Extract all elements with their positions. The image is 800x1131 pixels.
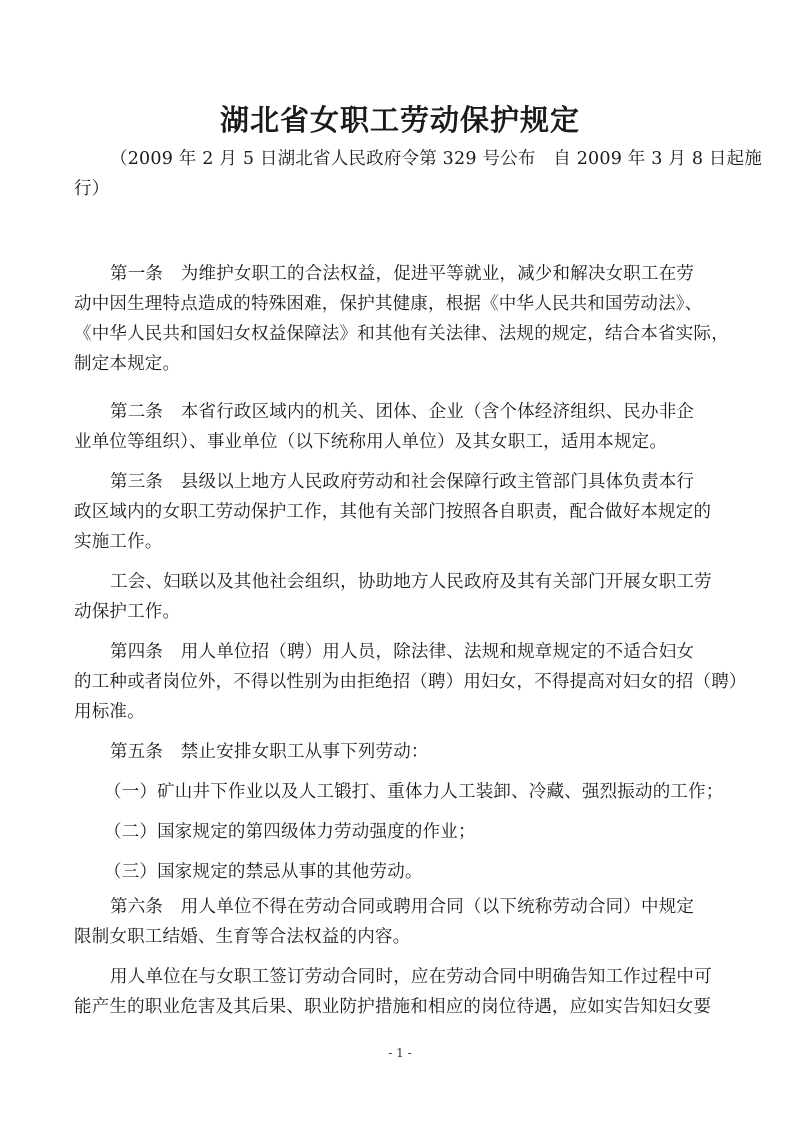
article-3-line: 政区域内的女职工劳动保护工作，其他有关部门按照各自职责，配合做好本规定的 (74, 500, 734, 524)
article-4-line: 的工种或者岗位外，不得以性别为由拒绝招（聘）用妇女，不得提高对妇女的招（聘） (74, 670, 734, 694)
article-6-para-2-line: 能产生的职业危害及其后果、职业防护措施和相应的岗位待遇，应如实告知妇女要 (74, 995, 734, 1019)
article-1-line: 第一条 为维护女职工的合法权益，促进平等就业，减少和解决女职工在劳 (110, 262, 770, 286)
article-6-line: 第六条 用人单位不得在劳动合同或聘用合同（以下统称劳动合同）中规定 (110, 895, 770, 919)
subtitle-line: （2009 年 2 月 5 日湖北省人民政府令第 329 号公布 自 2009 … (110, 147, 770, 171)
article-4-line: 用标准。 (74, 700, 734, 724)
article-6-line: 限制女职工结婚、生育等合法权益的内容。 (74, 925, 734, 949)
page-number: - 1 - (0, 1045, 800, 1061)
article-2-line: 业单位等组织）、事业单位（以下统称用人单位）及其女职工，适用本规定。 (74, 430, 734, 454)
article-3-line: 实施工作。 (74, 530, 734, 554)
article-3-para-2-line: 工会、妇联以及其他社会组织，协助地方人民政府及其有关部门开展女职工劳 (110, 570, 770, 594)
article-1-line: 制定本规定。 (74, 352, 734, 376)
document-page: 湖北省女职工劳动保护规定 （2009 年 2 月 5 日湖北省人民政府令第 32… (0, 0, 800, 1131)
article-3-line: 第三条 县级以上地方人民政府劳动和社会保障行政主管部门具体负责本行 (110, 470, 770, 494)
article-6-para-2-line: 用人单位在与女职工签订劳动合同时，应在劳动合同中明确告知工作过程中可 (110, 965, 770, 989)
article-4-line: 第四条 用人单位招（聘）用人员，除法律、法规和规章规定的不适合妇女 (110, 640, 770, 664)
article-3-para-2-line: 动保护工作。 (74, 600, 734, 624)
article-5-line: 第五条 禁止安排女职工从事下列劳动： (110, 740, 770, 764)
article-2-line: 第二条 本省行政区域内的机关、团体、企业（含个体经济组织、民办非企 (110, 400, 770, 424)
document-title: 湖北省女职工劳动保护规定 (0, 100, 800, 140)
article-5-item-2: （二）国家规定的第四级体力劳动强度的作业； (104, 820, 764, 844)
article-5-item-3: （三）国家规定的禁忌从事的其他劳动。 (104, 860, 764, 884)
article-1-line: 《中华人民共和国妇女权益保障法》和其他有关法律、法规的规定，结合本省实际， (74, 322, 734, 346)
subtitle-line: 行） (74, 177, 734, 201)
article-1-line: 动中因生理特点造成的特殊困难，保护其健康，根据《中华人民共和国劳动法》、 (74, 292, 734, 316)
article-5-item-1: （一）矿山井下作业以及人工锻打、重体力人工装卸、冷藏、强烈振动的工作； (104, 780, 764, 804)
